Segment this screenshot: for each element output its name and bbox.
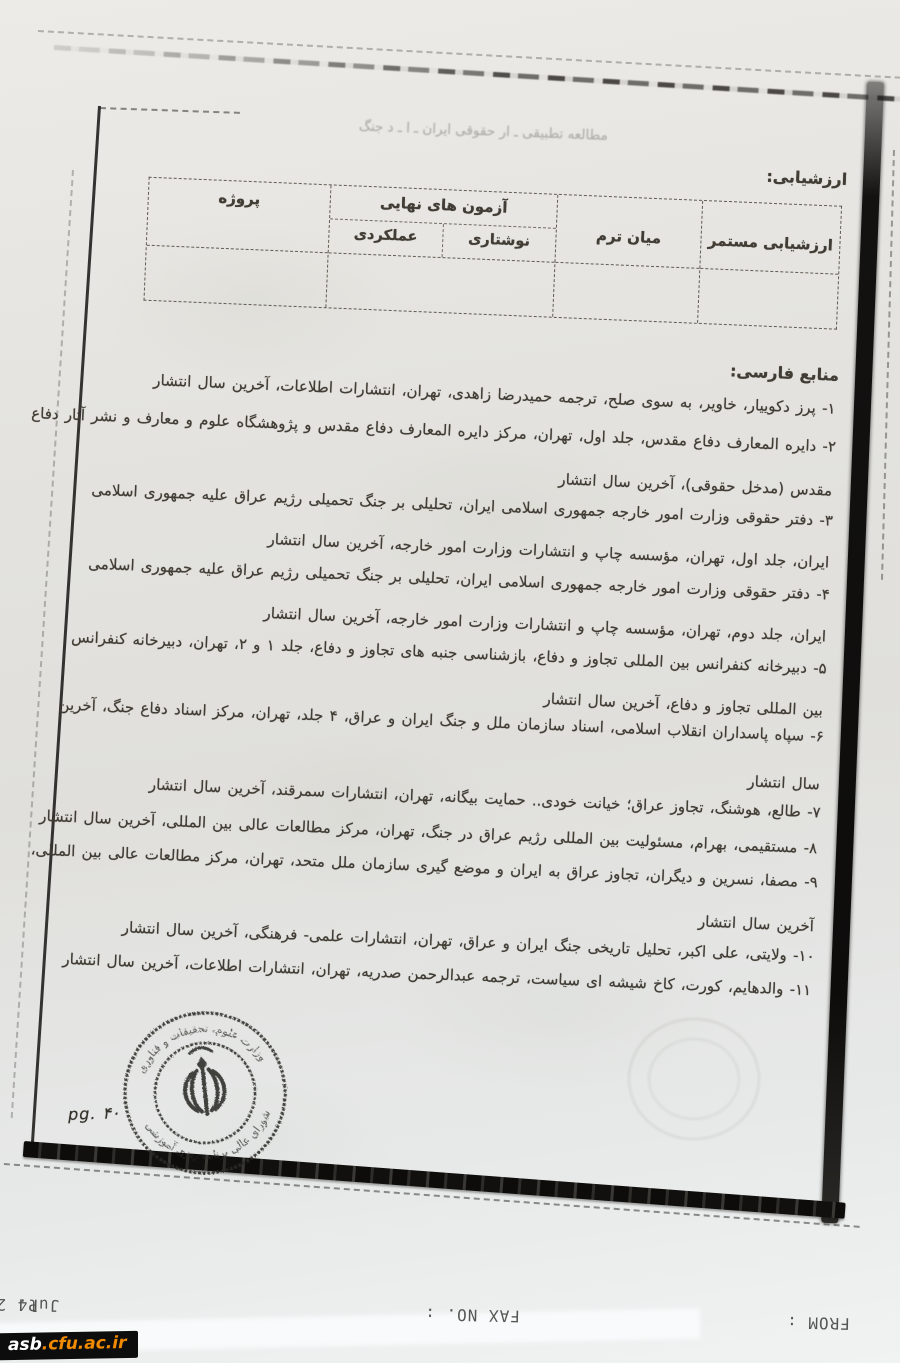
- reference-line: آخرین سال انتشار: [698, 912, 815, 936]
- fax-datetime: Jul. 29 2017 08:09AM P4: [38, 1296, 60, 1315]
- watermark-domain: .cfu.ac.ir: [42, 1333, 127, 1354]
- reference-line: بین المللی تجاوز و دفاع، آخرین سال انتشا…: [543, 690, 823, 720]
- column-midterm: میان ترم: [552, 195, 702, 323]
- evaluation-label: ارزشیابی:: [766, 167, 848, 190]
- fax-from-label: FROM :: [786, 1313, 850, 1333]
- iran-emblem-icon: [181, 1046, 227, 1116]
- reference-line: مقدس (مدخل حقوقی)، آخرین سال انتشار: [558, 470, 832, 500]
- faint-ghost-stamp: [628, 1018, 760, 1140]
- scan-right-edge-dashes: [881, 150, 895, 580]
- subcolumn-header-written: نوشتاری: [441, 224, 556, 262]
- column-final-exams: آزمون های نهایی نوشتاری عملکردی: [325, 185, 557, 316]
- handwritten-page-note: pg. ۴۰: [68, 1103, 120, 1124]
- subcolumn-header-practical: عملکردی: [329, 219, 443, 257]
- column-header-project: پروژه: [147, 178, 331, 254]
- column-header-continuous-evaluation: ارزشیابی مستمر: [700, 201, 841, 275]
- reference-line: سال انتشار: [747, 772, 820, 794]
- column-project: پروژه: [145, 178, 331, 307]
- fax-page-code: P4: [17, 1295, 39, 1314]
- table-empty-cell: [553, 263, 699, 323]
- site-watermark: asb.cfu.ac.ir: [0, 1331, 138, 1360]
- evaluation-table: ارزشیابی مستمر میان ترم آزمون های نهایی …: [143, 177, 842, 330]
- official-seal-svg: وزارت علوم، تحقیقات و فناوری شورای عالی …: [105, 993, 305, 1193]
- references-heading: منابع فارسی:: [730, 361, 840, 386]
- watermark-prefix: asb: [8, 1334, 42, 1355]
- document-content: ارزشیابی: ارزشیابی مستمر میان ترم آزمون …: [20, 127, 848, 1039]
- table-empty-cell: [145, 246, 328, 308]
- official-seal-stamp: وزارت علوم، تحقیقات و فناوری شورای عالی …: [105, 993, 305, 1193]
- page-top-left-corner-dash: [100, 107, 240, 114]
- column-continuous-evaluation: ارزشیابی مستمر: [697, 201, 841, 329]
- column-header-midterm: میان ترم: [555, 195, 702, 269]
- fax-number-label: FAX NO. :: [424, 1305, 520, 1326]
- table-empty-cell: [326, 253, 554, 316]
- table-empty-cell: [698, 269, 838, 329]
